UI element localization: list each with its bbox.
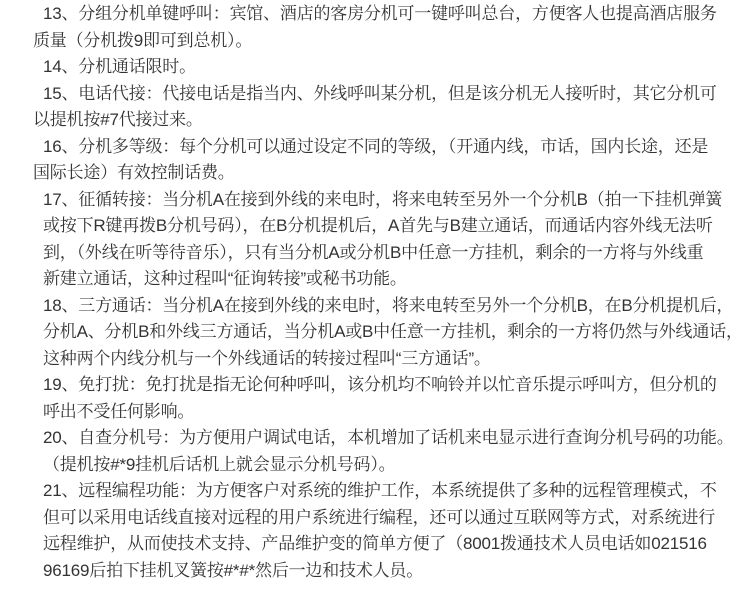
text-line: 96169后拍下挂机叉簧按#*#*然后一边和技术人员。 — [43, 558, 720, 585]
text-line: 17、征循转接：当分机A在接到外线的来电时，将来电转至另外一个分机B（拍一下挂机… — [43, 187, 720, 214]
text-line: 13、分组分机单键呼叫：宾馆、酒店的客房分机可一键呼叫总台，方便客人也提高酒店服… — [43, 1, 720, 28]
text-line: 20、自查分机号：为方便用户调试电话，本机增加了话机来电显示进行查询分机号码的功… — [43, 425, 720, 452]
text-line: 远程维护，从而使技术支持、产品维护变的简单方便了（8001拨通技术人员电话如02… — [43, 531, 720, 558]
text-line: 或按下R键再拨B分机号码），在B分机提机后，A首先与B建立通话，而通话内容外线无… — [43, 213, 720, 240]
text-line: 新建立通话，这种过程叫“征询转接”或秘书功能。 — [43, 266, 720, 293]
document-body: 13、分组分机单键呼叫：宾馆、酒店的客房分机可一键呼叫总台，方便客人也提高酒店服… — [0, 1, 750, 584]
text-line: 国际长途）有效控制话费。 — [33, 160, 720, 187]
text-line: 16、分机多等级：每个分机可以通过设定不同的等级，（开通内线，市话，国内长途，还… — [43, 134, 720, 161]
text-line: 呼出不受任何影响。 — [43, 399, 720, 426]
text-line: 14、分机通话限时。 — [43, 54, 720, 81]
text-line: 质量（分机拨9即可到总机）。 — [33, 28, 720, 55]
text-line: 19、免打扰：免打扰是指无论何种呼叫，该分机均不响铃并以忙音乐提示呼叫方，但分机… — [43, 372, 720, 399]
text-line: 15、电话代接：代接电话是指当内、外线呼叫某分机，但是该分机无人接听时，其它分机… — [43, 81, 720, 108]
text-line: 21、远程编程功能：为方便客户对系统的维护工作，本系统提供了多种的远程管理模式，… — [43, 478, 720, 505]
text-line: 到，（外线在听等待音乐），只有当分机A或分机B中任意一方挂机，剩余的一方将与外线… — [43, 240, 720, 267]
text-line: 但可以采用电话线直接对远程的用户系统进行编程，还可以通过互联网等方式，对系统进行 — [43, 505, 720, 532]
text-line: 这种两个内线分机与一个外线通话的转接过程叫“三方通话”。 — [43, 346, 720, 373]
text-line: 18、三方通话：当分机A在接到外线的来电时，将来电转至另外一个分机B，在B分机提… — [43, 293, 720, 320]
text-line: 分机A、分机B和外线三方通话，当分机A或B中任意一方挂机，剩余的一方将仍然与外线… — [43, 319, 720, 346]
text-line: （提机按#*9挂机后话机上就会显示分机号码）。 — [43, 452, 720, 479]
text-line: 以提机按#7代接过来。 — [33, 107, 720, 134]
